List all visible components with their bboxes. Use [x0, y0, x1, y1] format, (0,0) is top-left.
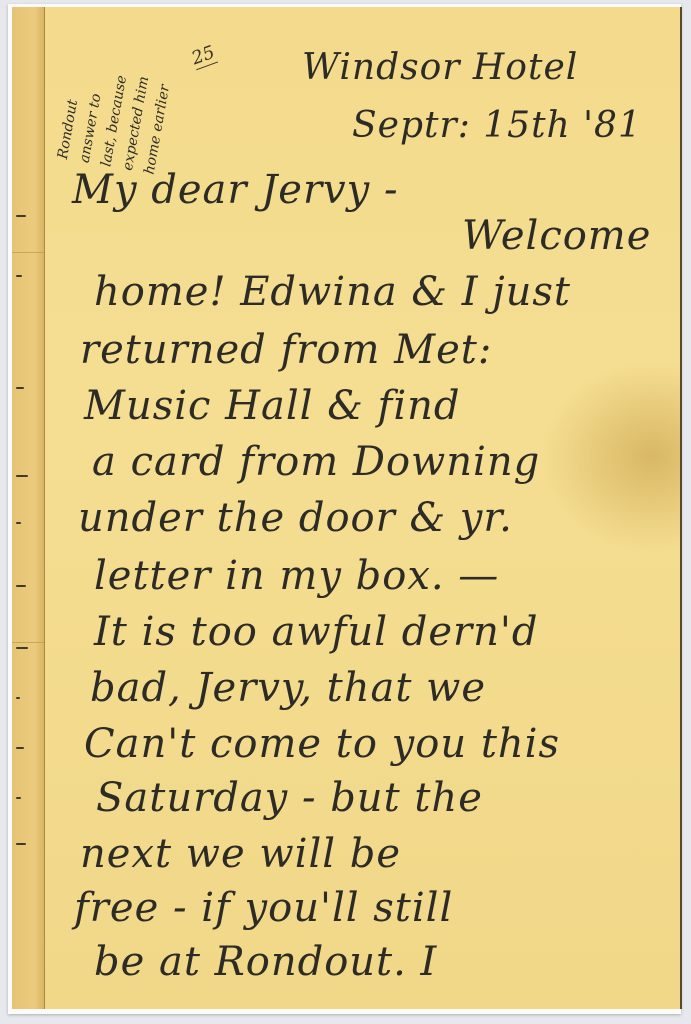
margin-mark [16, 647, 28, 649]
body-line: Can't come to you this [84, 721, 560, 767]
letterhead-place: Windsor Hotel [302, 47, 578, 88]
body-line: be at Rondout. I [94, 939, 437, 985]
margin-mark [16, 522, 21, 524]
body-line: returned from Met: [80, 327, 492, 373]
body-line: It is too awful dern'd [94, 609, 539, 655]
body-line: bad, Jervy, that we [90, 665, 486, 711]
body-line: home! Edwina & I just [94, 269, 571, 315]
margin-note: Rondout answer to last, because expected… [52, 63, 177, 176]
salutation: My dear Jervy - [72, 167, 398, 213]
body-line: Saturday - but the [96, 775, 483, 821]
body-line: Music Hall & find [84, 383, 460, 429]
body-line: free - if you'll still [74, 885, 453, 931]
body-line: a card from Downing [92, 439, 540, 485]
body-line: under the door & yr. [78, 495, 513, 541]
fold-crease [12, 642, 44, 643]
margin-mark [16, 215, 26, 217]
margin-mark [16, 585, 26, 587]
margin-mark [16, 275, 22, 277]
body-line: Welcome [462, 213, 651, 259]
archive-number: 25 [189, 42, 218, 71]
letter-page: Rondout answer to last, because expected… [12, 7, 682, 1009]
margin-mark [16, 843, 26, 845]
body-line: letter in my box. — [94, 553, 499, 599]
margin-mark [16, 697, 20, 699]
folded-margin-strip [12, 7, 45, 1009]
margin-mark [16, 747, 24, 749]
fold-crease [12, 252, 44, 253]
letterhead-date: Septr: 15th '81 [352, 105, 642, 146]
body-line: next we will be [80, 831, 401, 877]
margin-mark [16, 475, 28, 477]
margin-mark [16, 387, 24, 389]
margin-mark [16, 797, 21, 799]
